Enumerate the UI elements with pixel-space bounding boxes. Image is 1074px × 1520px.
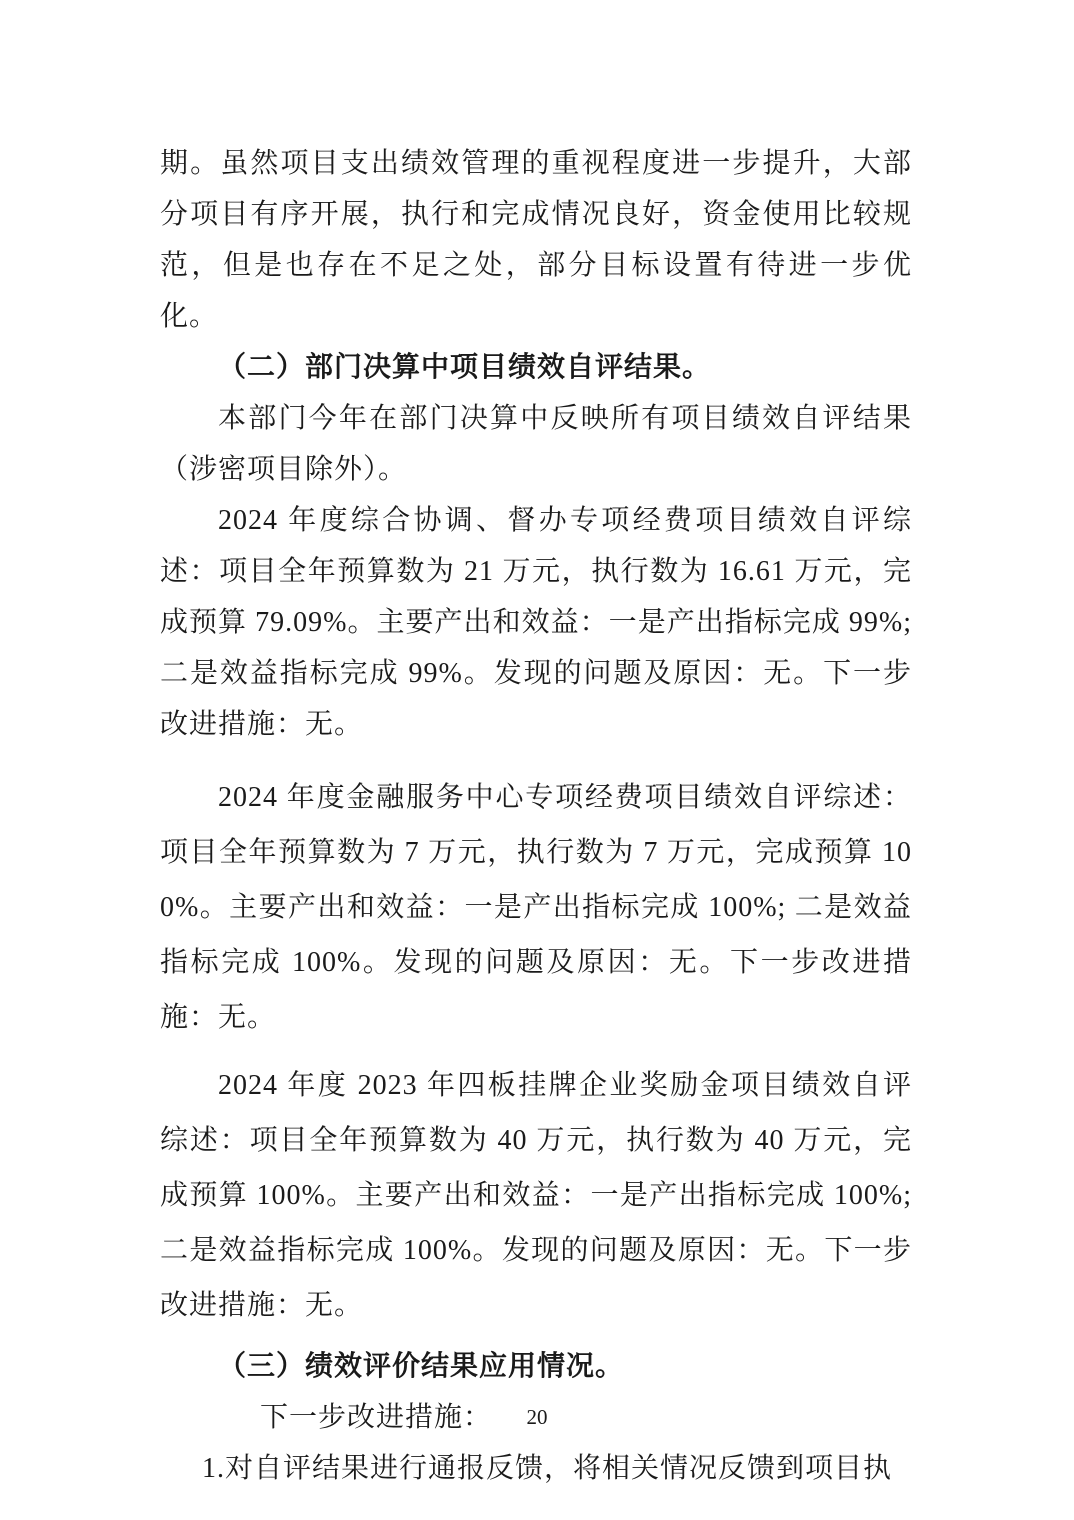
section-heading: （二）部门决算中项目绩效自评结果。 <box>160 342 912 393</box>
paragraph: 期。虽然项目支出绩效管理的重视程度进一步提升，大部分项目有序开展，执行和完成情况… <box>160 138 912 342</box>
page-footer: 20 <box>0 1405 1074 1430</box>
document-page: 期。虽然项目支出绩效管理的重视程度进一步提升，大部分项目有序开展，执行和完成情况… <box>0 0 1074 1520</box>
document-body: 期。虽然项目支出绩效管理的重视程度进一步提升，大部分项目有序开展，执行和完成情况… <box>160 138 912 1494</box>
page-number: 20 <box>527 1405 548 1429</box>
section-heading: （三）绩效评价结果应用情况。 <box>160 1341 912 1392</box>
paragraph: 1.对自评结果进行通报反馈，将相关情况反馈到项目执 <box>160 1443 912 1494</box>
paragraph: 2024 年度 2023 年四板挂牌企业奖励金项目绩效自评综述：项目全年预算数为… <box>160 1058 912 1333</box>
paragraph: 2024 年度金融服务中心专项经费项目绩效自评综述：项目全年预算数为 7 万元，… <box>160 770 912 1045</box>
paragraph: 本部门今年在部门决算中反映所有项目绩效自评结果（涉密项目除外）。 <box>160 393 912 495</box>
paragraph: 2024 年度综合协调、督办专项经费项目绩效自评综述：项目全年预算数为 21 万… <box>160 495 912 750</box>
